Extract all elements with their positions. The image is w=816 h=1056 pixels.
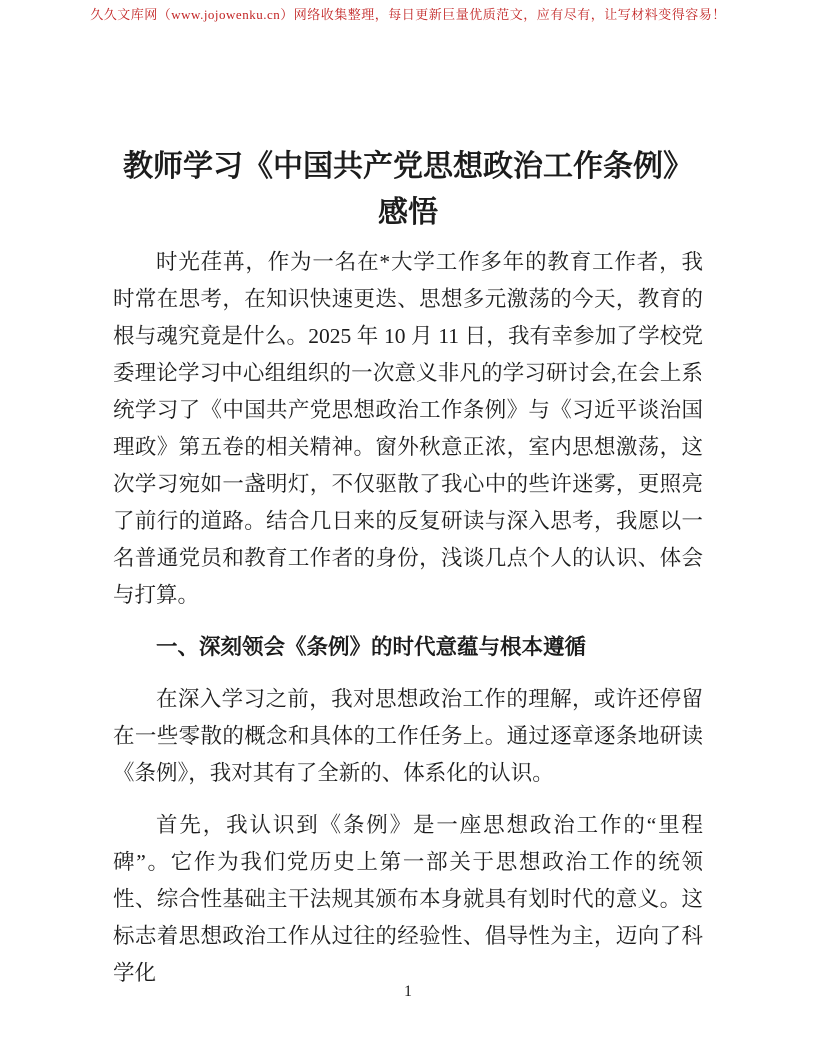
paragraph-section1-1: 在深入学习之前，我对思想政治工作的理解，或许还停留在一些零散的概念和具体的工作任… [113, 681, 703, 792]
document-page: 久久文库网（www.jojowenku.cn）网络收集整理，每日更新巨量优质范文… [0, 0, 816, 1056]
document-content: 教师学习《中国共产党思想政治工作条例》感悟 时光荏苒，作为一名在*大学工作多年的… [113, 144, 703, 992]
document-title: 教师学习《中国共产党思想政治工作条例》感悟 [113, 144, 703, 236]
paragraph-section1-2: 首先，我认识到《条例》是一座思想政治工作的“里程碑”。它作为我们党历史上第一部关… [113, 807, 703, 992]
section-heading-1: 一、深刻领会《条例》的时代意蕴与根本遵循 [113, 629, 703, 666]
watermark-header: 久久文库网（www.jojowenku.cn）网络收集整理，每日更新巨量优质范文… [0, 0, 816, 24]
page-number: 1 [0, 981, 816, 1003]
paragraph-intro: 时光荏苒，作为一名在*大学工作多年的教育工作者，我时常在思考，在知识快速更迭、思… [113, 244, 703, 614]
